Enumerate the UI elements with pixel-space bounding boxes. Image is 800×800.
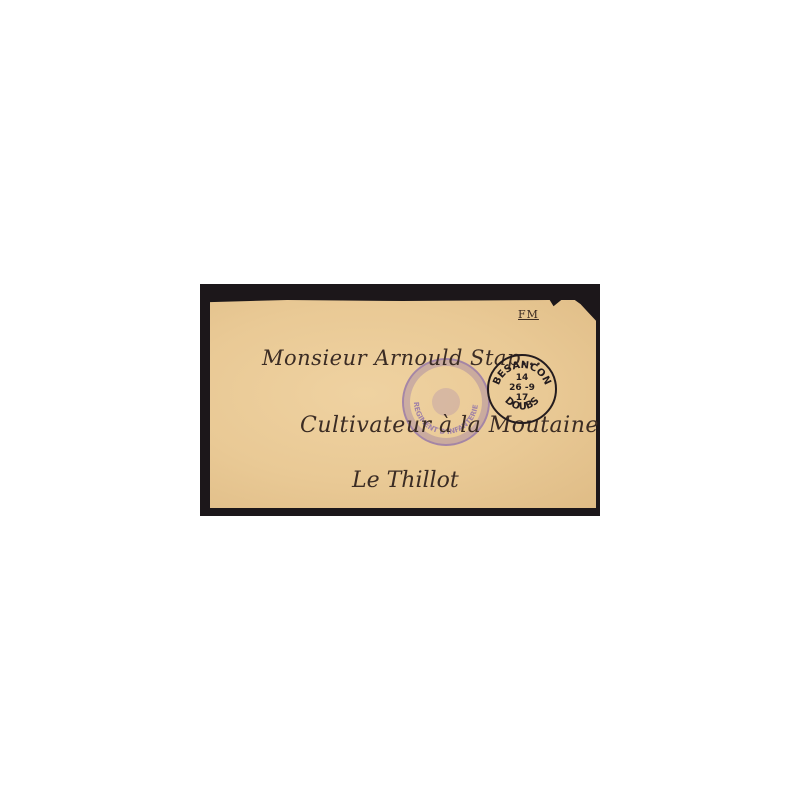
postmark-date: 26 -9 [489,383,555,393]
postmark-year: 17 [489,393,555,403]
franchise-mark: FM [518,308,539,321]
address-line-town: Le Thillot [352,468,459,493]
besancon-postmark: BESANCON DOUBS 14 26 -9 17 [487,354,557,424]
postmark-hour: 14 [489,373,555,383]
